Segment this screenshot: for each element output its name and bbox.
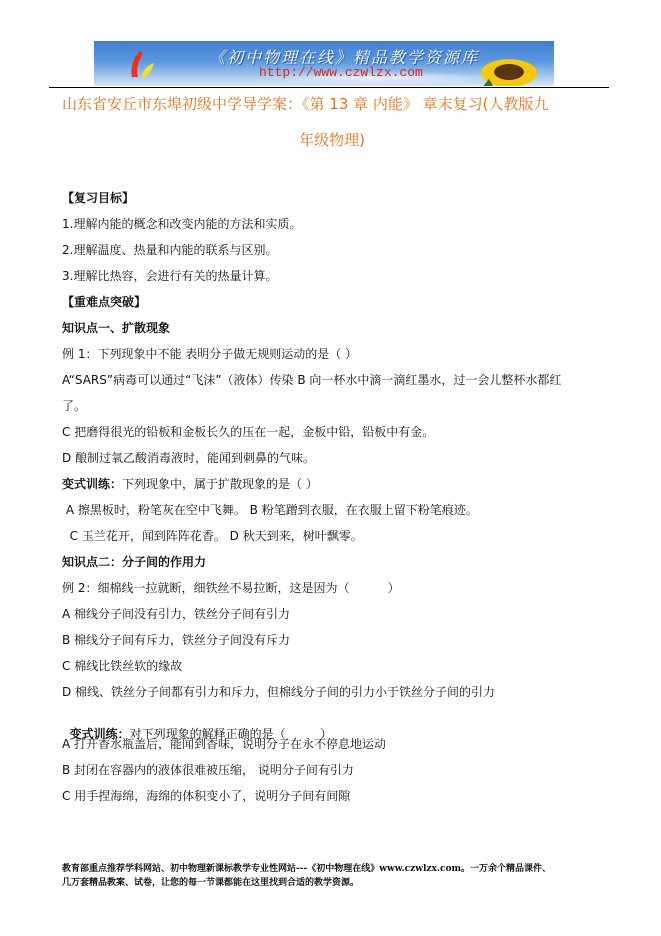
document-title-line2: 年级物理) (62, 130, 602, 150)
example1-option: A“SARS”病毒可以通过“飞沫”（液体）传染 B 向一杯水中滴一滴红墨水，过一… (62, 372, 561, 388)
review-goal-item: 3.理解比热容，会进行有关的热量计算。 (62, 268, 277, 284)
point1-heading: 知识点一、扩散现象 (62, 320, 170, 336)
example1-option: C 把磨得很光的铅板和金板长久的压在一起，金板中铅，铅板中有金。 (62, 424, 434, 440)
variant1-question-row: 变式训练：下列现象中，属于扩散现象的是（ ） (62, 476, 318, 492)
header-divider (49, 87, 609, 88)
sunflower-icon (479, 49, 539, 86)
point2-heading: 知识点二：分子间的作用力 (62, 554, 206, 570)
review-goal-item: 2.理解温度、热量和内能的联系与区别。 (62, 242, 277, 258)
header-banner: 《初中物理在线》精品教学资源库 http://www.czwlzx.com (94, 41, 554, 86)
variant2-option: B 封闭在容器内的液体很难被压缩， 说明分子间有引力 (62, 762, 354, 778)
footer-line2: 几万套精品教案、试卷，让您的每一节课都能在这里找到合适的教学资源。 (62, 877, 359, 889)
document-title: 山东省安丘市东埠初级中学导学案：《第 13 章 内能》 章末复习(人教版九 年级… (62, 94, 602, 114)
site-logo-icon (124, 49, 164, 81)
example1-option: 了。 (62, 398, 86, 414)
variant1-label: 变式训练： (62, 477, 122, 491)
example2-option: D 棉线、铁丝分子间都有引力和斥力，但棉线分子间的引力小于铁丝分子间的引力 (62, 684, 495, 700)
variant1-option: C 玉兰花开，闻到阵阵花香。 D 秋天到来，树叶飘零。 (62, 528, 363, 544)
review-goals-heading: 【复习目标】 (62, 190, 134, 206)
variant2-option: C 用手捏海绵，海绵的体积变小了，说明分子间有间隙 (62, 788, 350, 804)
example2-option: B 棉线分子间有斥力，铁丝分子间没有斥力 (62, 632, 290, 648)
footer-line1: 教育部重点推荐学科网站、初中物理新课标教学专业性网站---《初中物理在线》www… (62, 863, 551, 875)
example2-option: A 棉线分子间没有引力，铁丝分子间有引力 (62, 606, 290, 622)
variant2-option: A 打开香水瓶盖后，能闻到香味，说明分子在永不停息地运动 (62, 736, 386, 752)
banner-url[interactable]: http://www.czwlzx.com (259, 65, 423, 80)
variant1-option: A 擦黑板时，粉笔灰在空中飞舞。 B 粉笔蹭到衣服，在衣服上留下粉笔痕迹。 (62, 502, 478, 518)
variant1-question: 下列现象中，属于扩散现象的是（ ） (122, 477, 318, 491)
example1-option: D 酿制过氧乙酸消毒液时，能闻到刺鼻的气味。 (62, 450, 315, 466)
key-points-heading: 【重难点突破】 (62, 294, 146, 310)
document-title-line1: 山东省安丘市东埠初级中学导学案：《第 13 章 内能》 章末复习(人教版九 (62, 94, 602, 114)
example2-option: C 棉线比铁丝软的缘故 (62, 658, 182, 674)
example2-question: 例 2：细棉线一拉就断，细铁丝不易拉断，这是因为（ ） (62, 580, 400, 596)
review-goal-item: 1.理解内能的概念和改变内能的方法和实质。 (62, 216, 301, 232)
example1-question: 例 1：下列现象中不能 表明分子做无规则运动的是（ ） (62, 346, 357, 362)
